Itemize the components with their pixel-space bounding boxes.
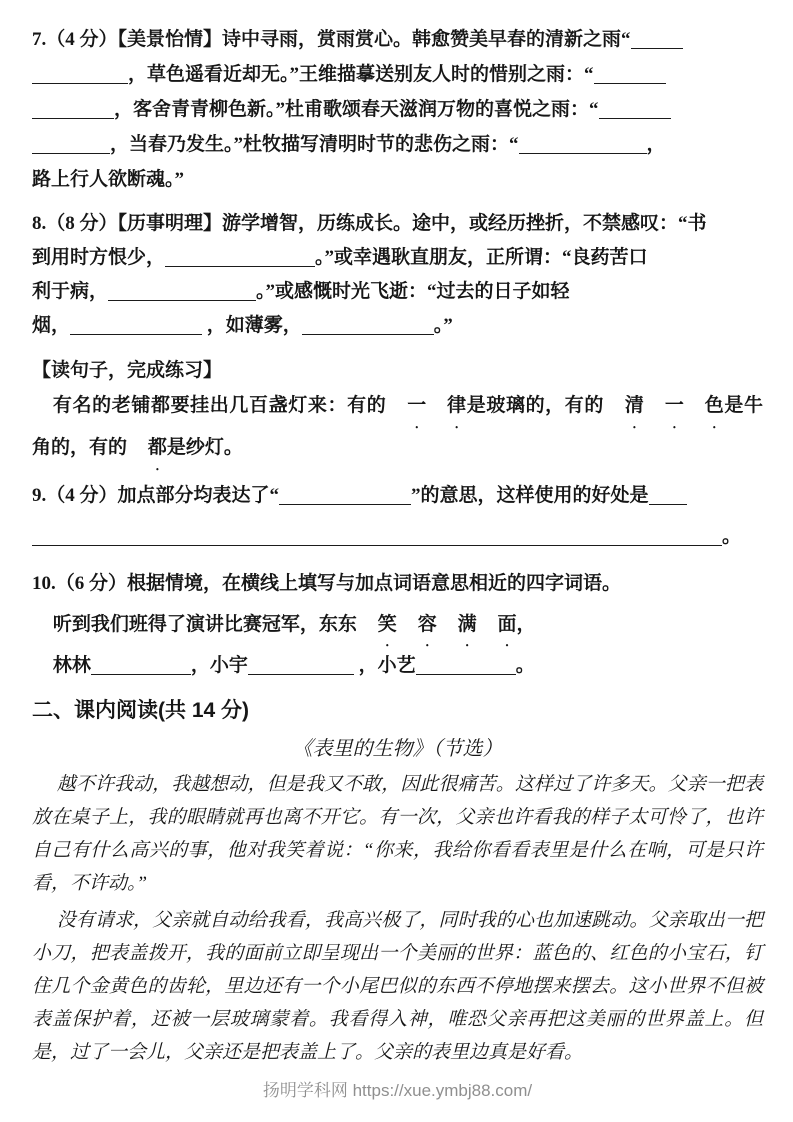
text-segment: ，当春乃发生。”杜牧描写清明时节的悲伤之雨：“	[110, 134, 519, 155]
text-line: 9.（4 分）加点部分均表达了“”的意思，这样使用的好处是	[32, 475, 763, 516]
text-line: 烟， ，如薄雾，。”	[32, 309, 763, 343]
text-segment: ，小宇	[191, 655, 248, 676]
emphasized-char: 都	[127, 427, 167, 469]
emphasized-char: 一	[386, 385, 426, 427]
text-segment: ，如薄雾，	[202, 315, 302, 336]
answer-blank	[91, 674, 191, 675]
text-line: 路上行人欲断魂。”	[32, 162, 763, 197]
text-segment: 是纱灯。	[167, 437, 243, 458]
text-segment: 7.（4 分）【美景怡情】诗中寻雨，赏雨赏心。韩愈赞美早春的清新之雨“	[32, 29, 631, 50]
section-2-heading: 二、课内阅读(共 14 分)	[32, 696, 763, 726]
watermark-url-link[interactable]: https://xue.ymbj88.com/	[353, 1081, 533, 1100]
answer-blank	[599, 118, 671, 119]
text-line: 8.（8 分）【历事明理】游学增智，历练成长。途中，或经历挫折，不禁感叹：“书	[32, 207, 763, 241]
text-segment: 利于病，	[32, 281, 108, 302]
text-segment: ，	[517, 614, 536, 635]
watermark-site-name: 扬明学科网	[263, 1081, 348, 1100]
question-8: 8.（8 分）【历事明理】游学增智，历练成长。途中，或经历挫折，不禁感叹：“书到…	[32, 207, 763, 343]
text-segment: 路上行人欲断魂。”	[32, 169, 184, 190]
emphasized-char: 一	[644, 385, 684, 427]
text-line: ，客舍青青柳色新。”杜甫歌颂春天滋润万物的喜悦之雨：“	[32, 92, 763, 127]
text-segment: ，客舍青青柳色新。”杜甫歌颂春天滋润万物的喜悦之雨：“	[114, 99, 599, 120]
text-segment: 。”	[434, 315, 453, 336]
passage-paragraph-1: 越不许我动，我越想动，但是我又不敢，因此很痛苦。这样过了许多天。父亲一把表放在桌…	[32, 768, 763, 900]
passage-title: 《表里的生物》（节选）	[32, 734, 763, 764]
answer-blank	[519, 153, 647, 154]
text-segment: 。”或幸遇耿直朋友，正所谓：“良药苦口	[315, 247, 648, 268]
emphasized-char: 面	[477, 604, 517, 645]
question-10: 10.（6 分）根据情境，在横线上填写与加点词语意思相近的四字词语。 听到我们班…	[32, 563, 763, 686]
question-10-prompt: 10.（6 分）根据情境，在横线上填写与加点词语意思相近的四字词语。	[32, 563, 763, 604]
emphasized-char: 清	[604, 385, 644, 427]
text-segment: 。	[516, 655, 535, 676]
text-segment: 8.（8 分）【历事明理】游学增智，历练成长。途中，或经历挫折，不禁感叹：“书	[32, 213, 707, 234]
emphasized-char: 色	[684, 385, 724, 427]
text-line: ，草色遥看近却无。”王维描摹送别友人时的惜别之雨：“	[32, 57, 763, 92]
answer-blank	[32, 545, 722, 546]
passage-paragraph-2: 没有请求，父亲就自动给我看，我高兴极了，同时我的心也加速跳动。父亲取出一把小刀，…	[32, 904, 763, 1069]
answer-blank	[32, 118, 114, 119]
emphasized-char: 笑	[357, 604, 397, 645]
text-line: 林林，小宇 ，小艺。	[32, 645, 763, 686]
answer-blank	[302, 334, 434, 335]
text-segment: 。	[722, 526, 741, 547]
watermark-footer: 扬明学科网 https://xue.ymbj88.com/	[32, 1081, 763, 1101]
text-segment: 9.（4 分）加点部分均表达了“	[32, 485, 279, 506]
emphasized-char: 满	[437, 604, 477, 645]
question-9: 9.（4 分）加点部分均表达了“”的意思，这样使用的好处是。	[32, 475, 763, 557]
answer-blank	[165, 266, 315, 267]
exam-page: 7.（4 分）【美景怡情】诗中寻雨，赏雨赏心。韩愈赞美早春的清新之雨“，草色遥看…	[0, 0, 793, 1101]
answer-blank	[416, 674, 516, 675]
text-line: 有名的老铺都要挂出几百盏灯来：有的一律是玻璃的，有的清一色是牛角的，有的都是纱灯…	[32, 385, 763, 469]
question-10-answers: 林林，小宇 ，小艺。	[32, 645, 763, 686]
text-segment: 烟，	[32, 315, 70, 336]
text-segment: ，草色遥看近却无。”王维描摹送别友人时的惜别之雨：“	[128, 64, 594, 85]
text-line: 利于病，。”或感慨时光飞逝：“过去的日子如轻	[32, 275, 763, 309]
text-segment: 听到我们班得了演讲比赛冠军，东东	[53, 614, 357, 635]
answer-blank	[279, 504, 411, 505]
emphasized-char: 律	[426, 385, 466, 427]
text-segment: 有名的老铺都要挂出几百盏灯来：有的	[53, 395, 386, 416]
text-line: 。	[32, 516, 763, 557]
reading-passage: 《表里的生物》（节选） 越不许我动，我越想动，但是我又不敢，因此很痛苦。这样过了…	[32, 734, 763, 1069]
answer-blank	[32, 153, 110, 154]
text-segment: 到用时方恨少，	[32, 247, 165, 268]
text-segment: ，小艺	[354, 655, 416, 676]
answer-blank	[108, 300, 256, 301]
text-line: ，当春乃发生。”杜牧描写清明时节的悲伤之雨：“，	[32, 127, 763, 162]
answer-blank	[32, 83, 128, 84]
answer-blank	[70, 334, 202, 335]
answer-blank	[631, 48, 683, 49]
emphasized-char: 容	[397, 604, 437, 645]
read-sentence-header: 【读句子，完成练习】	[32, 357, 763, 385]
text-line: 听到我们班得了演讲比赛冠军，东东笑容满面，	[32, 604, 763, 645]
answer-blank	[248, 674, 354, 675]
text-segment: ，	[647, 134, 666, 155]
text-segment: 是玻璃的，有的	[466, 395, 604, 416]
question-10-context: 听到我们班得了演讲比赛冠军，东东笑容满面，	[32, 604, 763, 645]
question-7: 7.（4 分）【美景怡情】诗中寻雨，赏雨赏心。韩愈赞美早春的清新之雨“，草色遥看…	[32, 22, 763, 197]
text-segment: ”的意思，这样使用的好处是	[411, 485, 649, 506]
text-line: 7.（4 分）【美景怡情】诗中寻雨，赏雨赏心。韩愈赞美早春的清新之雨“	[32, 22, 763, 57]
text-segment: 林林	[53, 655, 91, 676]
read-sentence: 有名的老铺都要挂出几百盏灯来：有的一律是玻璃的，有的清一色是牛角的，有的都是纱灯…	[32, 385, 763, 469]
text-segment: 。”或感慨时光飞逝：“过去的日子如轻	[256, 281, 570, 302]
answer-blank	[594, 83, 666, 84]
answer-blank	[649, 504, 687, 505]
text-line: 到用时方恨少，。”或幸遇耿直朋友，正所谓：“良药苦口	[32, 241, 763, 275]
